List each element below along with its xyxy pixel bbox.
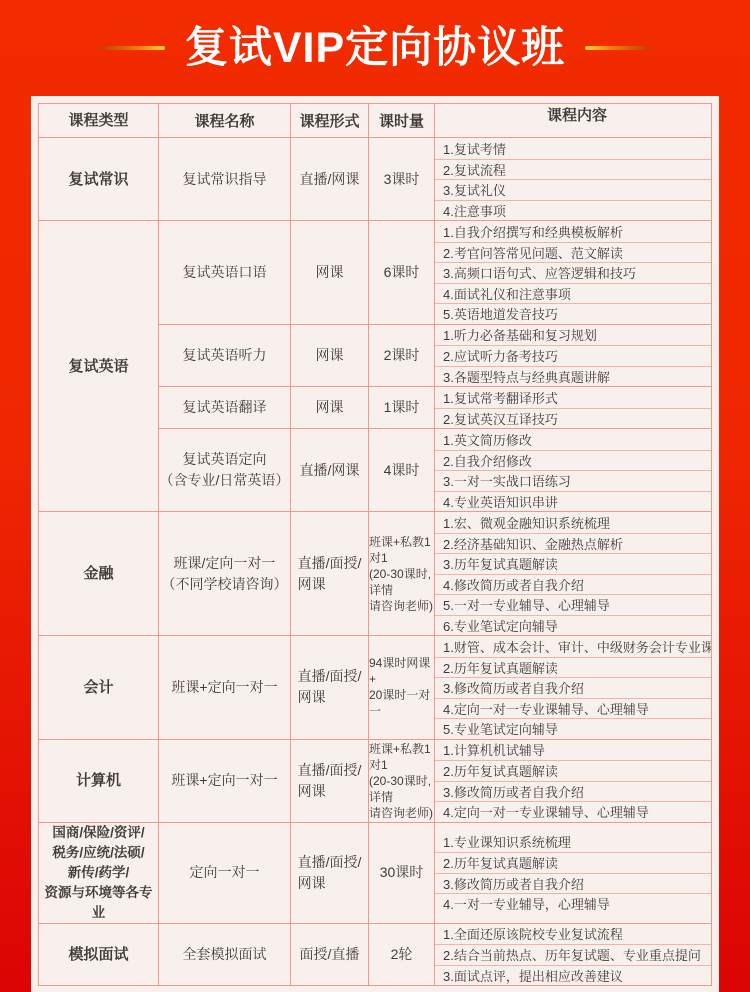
course-name-cell-text: 班课+定向一对一	[171, 677, 277, 698]
course-name-line: 复试英语口语	[183, 262, 267, 283]
header-cell-course-format: 课程形式	[291, 104, 369, 137]
course-name-cell-text: 复试英语口语	[183, 262, 267, 283]
course-rows: 班课+定向一对一直播/面授/网课94课时网课+20课时一对一1.财管、成本会计、…	[159, 636, 711, 739]
course-type-line: 资源与环境等各专业	[39, 883, 158, 923]
course-hours-cell-text: 1课时	[384, 397, 420, 418]
course-format-cell-text: 直播/网课	[300, 169, 360, 190]
course-content-item: 3.复试礼仪	[435, 179, 711, 200]
course-content-item: 1.专业课知识系统梳理	[435, 832, 711, 853]
course-content-cell: 1.英文简历修改2.自我介绍修改3.一对一实战口语练习4.专业英语知识串讲	[435, 429, 711, 511]
course-hours-line: 班课+私教1对1	[369, 741, 434, 773]
course-content-item: 1.英文简历修改	[435, 429, 711, 450]
course-format-cell-text: 面授/直播	[300, 944, 360, 965]
course-name-cell: 定向一对一	[159, 823, 291, 923]
course-format-cell: 直播/面授/网课	[291, 740, 369, 822]
course-table-body: 复试常识复试常识指导直播/网课3课时1.复试考情2.复试流程3.复试礼仪4.注意…	[39, 137, 711, 985]
course-hours-cell-text: 3课时	[384, 169, 420, 190]
course-hours-line: 2课时	[384, 345, 420, 366]
course-content-item: 2.历年复试真题解读	[435, 760, 711, 781]
course-content-item: 2.历年复试真题解读	[435, 852, 711, 873]
course-type-line: 金融	[83, 563, 113, 584]
course-content-item: 2.自我介绍修改	[435, 450, 711, 471]
course-content-cell: 1.计算机机试辅导2.历年复试真题解读3.修改简历或者自我介绍4.定向一对一专业…	[435, 740, 711, 822]
course-content-item: 2.复试流程	[435, 159, 711, 180]
course-format-cell: 直播/面授/网课	[291, 636, 369, 739]
course-format-line: 直播/面授/	[298, 666, 362, 687]
course-name-line: 班课/定向一对一	[162, 553, 288, 574]
course-name-cell: 全套模拟面试	[159, 924, 291, 986]
course-format-cell: 面授/直播	[291, 924, 369, 986]
course-hours-cell: 2课时	[369, 325, 435, 387]
course-content-item: 2.复试英汉互译技巧	[435, 408, 711, 429]
course-name-line: 复试英语翻译	[183, 397, 267, 418]
course-format-cell-text: 网课	[316, 345, 344, 366]
course-name-line: 班课+定向一对一	[171, 677, 277, 698]
course-hours-line: (20-30课时,详情	[369, 773, 434, 805]
course-content-item: 3.各题型特点与经典真题讲解	[435, 366, 711, 387]
course-content-item: 4.面试礼仪和注意事项	[435, 283, 711, 304]
header-cell-course-hours: 课时量	[369, 104, 435, 137]
course-content-cell: 1.复试常考翻译形式2.复试英汉互译技巧	[435, 387, 711, 428]
course-format-cell-text: 直播/面授/网课	[298, 553, 362, 595]
course-content-item: 4.定向一对一专业课辅导、心理辅导	[435, 801, 711, 822]
course-format-cell: 直播/面授/网课	[291, 512, 369, 635]
course-hours-cell-text: 6课时	[384, 262, 420, 283]
course-hours-line: 4课时	[384, 460, 420, 481]
course-type-line: 复试英语	[68, 356, 128, 377]
course-hours-cell: 94课时网课+20课时一对一	[369, 636, 435, 739]
course-rows: 全套模拟面试面授/直播2轮1.全面还原该院校专业复试流程2.结合当前热点、历年复…	[159, 924, 711, 986]
course-rows: 班课/定向一对一（不同学校请咨询）直播/面授/网课班课+私教1对1(20-30课…	[159, 512, 711, 635]
course-content-cell: 1.复试考情2.复试流程3.复试礼仪4.注意事项	[435, 138, 711, 220]
course-format-cell-text: 网课	[316, 262, 344, 283]
header-cell-course-content: 课程内容	[435, 104, 711, 137]
course-row: 班课+定向一对一直播/面授/网课94课时网课+20课时一对一1.财管、成本会计、…	[159, 636, 711, 739]
course-content-cell: 1.全面还原该院校专业复试流程2.结合当前热点、历年复试题、专业重点提问3.面试…	[435, 924, 711, 986]
course-content-item: 3.修改简历或者自我介绍	[435, 781, 711, 802]
course-hours-cell-text: 94课时网课+20课时一对一	[369, 655, 434, 719]
course-format-cell-text: 直播/网课	[300, 460, 360, 481]
course-hours-cell: 4课时	[369, 429, 435, 511]
course-hours-line: 20课时一对一	[369, 687, 434, 719]
course-type-group: 复试英语复试英语口语网课6课时1.自我介绍撰写和经典模板解析2.考官问答常见问题…	[39, 220, 711, 511]
course-type-cell: 复试常识	[39, 138, 159, 220]
course-format-cell: 网课	[291, 221, 369, 324]
course-name-cell-text: 全套模拟面试	[183, 944, 267, 965]
course-format-line: 网课	[316, 262, 344, 283]
course-content-item: 2.应试听力备考技巧	[435, 345, 711, 366]
course-row: 复试英语定向（含专业/日常英语）直播/网课4课时1.英文简历修改2.自我介绍修改…	[159, 428, 711, 511]
course-name-cell-text: 班课/定向一对一（不同学校请咨询）	[162, 553, 288, 595]
course-content-item: 4.注意事项	[435, 200, 711, 221]
course-content-cell: 1.听力必备基础和复习规划2.应试听力备考技巧3.各题型特点与经典真题讲解	[435, 325, 711, 387]
course-type-group: 模拟面试全套模拟面试面授/直播2轮1.全面还原该院校专业复试流程2.结合当前热点…	[39, 923, 711, 986]
course-format-line: 网课	[298, 781, 362, 802]
course-content-cell: 1.专业课知识系统梳理2.历年复试真题解读3.修改简历或者自我介绍4.一对一专业…	[435, 823, 711, 923]
course-content-item: 4.定向一对一专业课辅导、心理辅导	[435, 698, 711, 719]
course-type-group: 计算机班课+定向一对一直播/面授/网课班课+私教1对1(20-30课时,详情请咨…	[39, 739, 711, 822]
course-type-line: 会计	[83, 677, 113, 698]
course-name-line: 复试常识指导	[183, 169, 267, 190]
course-content-item: 5.一对一专业辅导、心理辅导	[435, 594, 711, 615]
course-name-line: （不同学校请咨询）	[162, 574, 288, 595]
table-panel: 课程类型 课程名称 课程形式 课时量 课程内容 复试常识复试常识指导直播/网课3…	[31, 96, 719, 992]
course-hours-cell: 1课时	[369, 387, 435, 428]
course-hours-cell: 3课时	[369, 138, 435, 220]
course-type-cell: 国商/保险/资评/税务/应统/法硕/新传/药学/资源与环境等各专业	[39, 823, 159, 923]
course-content-item: 1.复试常考翻译形式	[435, 387, 711, 408]
title-dash-left-icon	[101, 46, 165, 50]
course-type-line: 计算机	[76, 770, 121, 791]
course-type-group: 国商/保险/资评/税务/应统/法硕/新传/药学/资源与环境等各专业定向一对一直播…	[39, 822, 711, 923]
course-type-line: 复试常识	[68, 169, 128, 190]
page-title: 复试VIP定向协议班	[185, 27, 565, 70]
course-row: 班课/定向一对一（不同学校请咨询）直播/面授/网课班课+私教1对1(20-30课…	[159, 512, 711, 635]
course-name-cell-text: 复试英语定向（含专业/日常英语）	[160, 449, 290, 491]
course-name-line: 复试英语听力	[183, 345, 267, 366]
course-row: 全套模拟面试面授/直播2轮1.全面还原该院校专业复试流程2.结合当前热点、历年复…	[159, 924, 711, 986]
course-hours-cell: 30课时	[369, 823, 435, 923]
course-content-item: 3.修改简历或者自我介绍	[435, 677, 711, 698]
course-hours-cell: 班课+私教1对1(20-30课时,详情请咨询老师)	[369, 512, 435, 635]
course-content-item: 1.全面还原该院校专业复试流程	[435, 924, 711, 945]
course-format-line: 直播/网课	[300, 460, 360, 481]
course-hours-cell-text: 30课时	[380, 862, 424, 883]
course-type-line: 模拟面试	[68, 944, 128, 965]
course-content-item: 1.听力必备基础和复习规划	[435, 325, 711, 346]
course-hours-line: 30课时	[380, 862, 424, 883]
course-name-cell-text: 定向一对一	[190, 862, 260, 883]
course-type-cell: 复试英语	[39, 221, 159, 511]
course-type-line: 税务/应统/法硕/	[52, 843, 144, 863]
course-rows: 复试常识指导直播/网课3课时1.复试考情2.复试流程3.复试礼仪4.注意事项	[159, 138, 711, 220]
course-hours-line: (20-30课时,详情	[369, 566, 434, 598]
course-format-cell: 网课	[291, 387, 369, 428]
course-hours-cell-text: 2轮	[391, 944, 413, 965]
course-format-cell-text: 直播/面授/网课	[298, 760, 362, 802]
course-content-item: 4.修改简历或者自我介绍	[435, 574, 711, 595]
course-format-line: 直播/网课	[300, 169, 360, 190]
course-content-cell: 1.财管、成本会计、审计、中级财务会计专业课2.历年复试真题解读3.修改简历或者…	[435, 636, 711, 739]
course-format-cell: 网课	[291, 325, 369, 387]
course-type-cell: 会计	[39, 636, 159, 739]
course-name-line: 班课+定向一对一	[171, 770, 277, 791]
course-table: 课程类型 课程名称 课程形式 课时量 课程内容 复试常识复试常识指导直播/网课3…	[38, 103, 712, 986]
course-hours-line: 请咨询老师)	[369, 805, 434, 821]
course-content-item: 1.自我介绍撰写和经典模板解析	[435, 221, 711, 242]
course-hours-line: 6课时	[384, 262, 420, 283]
course-format-line: 网课	[316, 345, 344, 366]
course-format-line: 直播/面授/	[298, 553, 362, 574]
course-name-line: （含专业/日常英语）	[160, 470, 290, 491]
course-content-item: 1.宏、微观金融知识系统梳理	[435, 512, 711, 533]
course-content-item: 4.专业英语知识串讲	[435, 491, 711, 512]
course-format-cell: 直播/面授/网课	[291, 823, 369, 923]
course-hours-line: 班课+私教1对1	[369, 534, 434, 566]
course-name-cell: 复试常识指导	[159, 138, 291, 220]
course-format-line: 网课	[298, 687, 362, 708]
header-cell-course-name: 课程名称	[159, 104, 291, 137]
course-type-group: 会计班课+定向一对一直播/面授/网课94课时网课+20课时一对一1.财管、成本会…	[39, 635, 711, 739]
course-name-cell: 复试英语翻译	[159, 387, 291, 428]
course-name-cell-text: 班课+定向一对一	[171, 770, 277, 791]
course-content-item: 3.高频口语句式、应答逻辑和技巧	[435, 262, 711, 283]
course-format-line: 直播/面授/	[298, 760, 362, 781]
course-hours-cell-text: 2课时	[384, 345, 420, 366]
course-content-item: 3.历年复试真题解读	[435, 553, 711, 574]
course-content-item: 3.修改简历或者自我介绍	[435, 873, 711, 894]
course-row: 班课+定向一对一直播/面授/网课班课+私教1对1(20-30课时,详情请咨询老师…	[159, 740, 711, 822]
course-format-cell-text: 直播/面授/网课	[298, 666, 362, 708]
course-hours-line: 94课时网课+	[369, 655, 434, 687]
course-content-item: 3.面试点评，提出相应改善建议	[435, 965, 711, 986]
course-rows: 复试英语口语网课6课时1.自我介绍撰写和经典模板解析2.考官问答常见问题、范文解…	[159, 221, 711, 511]
course-name-cell-text: 复试常识指导	[183, 169, 267, 190]
course-content-item: 2.经济基础知识、金融热点解析	[435, 533, 711, 554]
course-content-item: 2.历年复试真题解读	[435, 657, 711, 678]
course-name-cell: 复试英语听力	[159, 325, 291, 387]
course-content-item: 2.考官问答常见问题、范文解读	[435, 242, 711, 263]
course-rows: 定向一对一直播/面授/网课30课时1.专业课知识系统梳理2.历年复试真题解读3.…	[159, 823, 711, 923]
course-type-group: 金融班课/定向一对一（不同学校请咨询）直播/面授/网课班课+私教1对1(20-3…	[39, 511, 711, 635]
course-content-cell: 1.自我介绍撰写和经典模板解析2.考官问答常见问题、范文解读3.高频口语句式、应…	[435, 221, 711, 324]
course-name-cell-text: 复试英语翻译	[183, 397, 267, 418]
course-name-line: 定向一对一	[190, 862, 260, 883]
course-name-cell: 复试英语口语	[159, 221, 291, 324]
title-dash-right-icon	[585, 46, 649, 50]
header-cell-course-type: 课程类型	[39, 104, 159, 137]
course-hours-cell: 6课时	[369, 221, 435, 324]
course-hours-cell-text: 班课+私教1对1(20-30课时,详情请咨询老师)	[369, 534, 434, 614]
course-format-cell-text: 直播/面授/网课	[298, 852, 362, 894]
course-content-item: 1.计算机机试辅导	[435, 740, 711, 761]
course-content-item: 1.财管、成本会计、审计、中级财务会计专业课	[435, 636, 711, 657]
course-hours-cell-text: 4课时	[384, 460, 420, 481]
course-content-item: 5.专业笔试定向辅导	[435, 718, 711, 739]
course-row: 复试英语听力网课2课时1.听力必备基础和复习规划2.应试听力备考技巧3.各题型特…	[159, 324, 711, 387]
course-name-line: 复试英语定向	[160, 449, 290, 470]
page-header: 复试VIP定向协议班	[0, 0, 750, 96]
course-format-line: 网课	[298, 574, 362, 595]
course-content-cell: 1.宏、微观金融知识系统梳理2.经济基础知识、金融热点解析3.历年复试真题解读4…	[435, 512, 711, 635]
course-format-cell: 直播/网课	[291, 138, 369, 220]
course-type-cell: 模拟面试	[39, 924, 159, 986]
course-content-item: 5.英语地道发音技巧	[435, 303, 711, 324]
course-row: 复试英语翻译网课1课时1.复试常考翻译形式2.复试英汉互译技巧	[159, 386, 711, 428]
course-name-cell: 班课+定向一对一	[159, 740, 291, 822]
course-format-cell: 直播/网课	[291, 429, 369, 511]
course-row: 定向一对一直播/面授/网课30课时1.专业课知识系统梳理2.历年复试真题解读3.…	[159, 823, 711, 923]
table-header-row: 课程类型 课程名称 课程形式 课时量 课程内容	[39, 104, 711, 137]
course-content-item: 2.结合当前热点、历年复试题、专业重点提问	[435, 944, 711, 965]
course-row: 复试英语口语网课6课时1.自我介绍撰写和经典模板解析2.考官问答常见问题、范文解…	[159, 221, 711, 324]
course-hours-line: 1课时	[384, 397, 420, 418]
course-hours-line: 2轮	[391, 944, 413, 965]
course-hours-cell: 2轮	[369, 924, 435, 986]
course-name-cell: 班课+定向一对一	[159, 636, 291, 739]
course-format-line: 面授/直播	[300, 944, 360, 965]
course-format-line: 直播/面授/	[298, 852, 362, 873]
course-hours-line: 3课时	[384, 169, 420, 190]
course-rows: 班课+定向一对一直播/面授/网课班课+私教1对1(20-30课时,详情请咨询老师…	[159, 740, 711, 822]
course-content-item: 4.一对一专业辅导，心理辅导	[435, 893, 711, 914]
course-name-cell: 复试英语定向（含专业/日常英语）	[159, 429, 291, 511]
course-format-cell-text: 网课	[316, 397, 344, 418]
course-content-item: 6.专业笔试定向辅导	[435, 615, 711, 636]
course-type-line: 新传/药学/	[68, 863, 130, 883]
course-name-cell: 班课/定向一对一（不同学校请咨询）	[159, 512, 291, 635]
page: { "page": { "title": "复试VIP定向协议班" }, "co…	[0, 0, 750, 992]
course-type-line: 国商/保险/资评/	[52, 823, 144, 843]
course-type-cell: 计算机	[39, 740, 159, 822]
course-content-item: 3.一对一实战口语练习	[435, 470, 711, 491]
course-hours-cell-text: 班课+私教1对1(20-30课时,详情请咨询老师)	[369, 741, 434, 821]
course-name-cell-text: 复试英语听力	[183, 345, 267, 366]
course-name-line: 全套模拟面试	[183, 944, 267, 965]
course-type-group: 复试常识复试常识指导直播/网课3课时1.复试考情2.复试流程3.复试礼仪4.注意…	[39, 137, 711, 220]
course-format-line: 网课	[316, 397, 344, 418]
course-hours-line: 请咨询老师)	[369, 598, 434, 614]
course-format-line: 网课	[298, 873, 362, 894]
course-row: 复试常识指导直播/网课3课时1.复试考情2.复试流程3.复试礼仪4.注意事项	[159, 138, 711, 220]
course-hours-cell: 班课+私教1对1(20-30课时,详情请咨询老师)	[369, 740, 435, 822]
course-content-item: 1.复试考情	[435, 138, 711, 159]
course-type-cell: 金融	[39, 512, 159, 635]
